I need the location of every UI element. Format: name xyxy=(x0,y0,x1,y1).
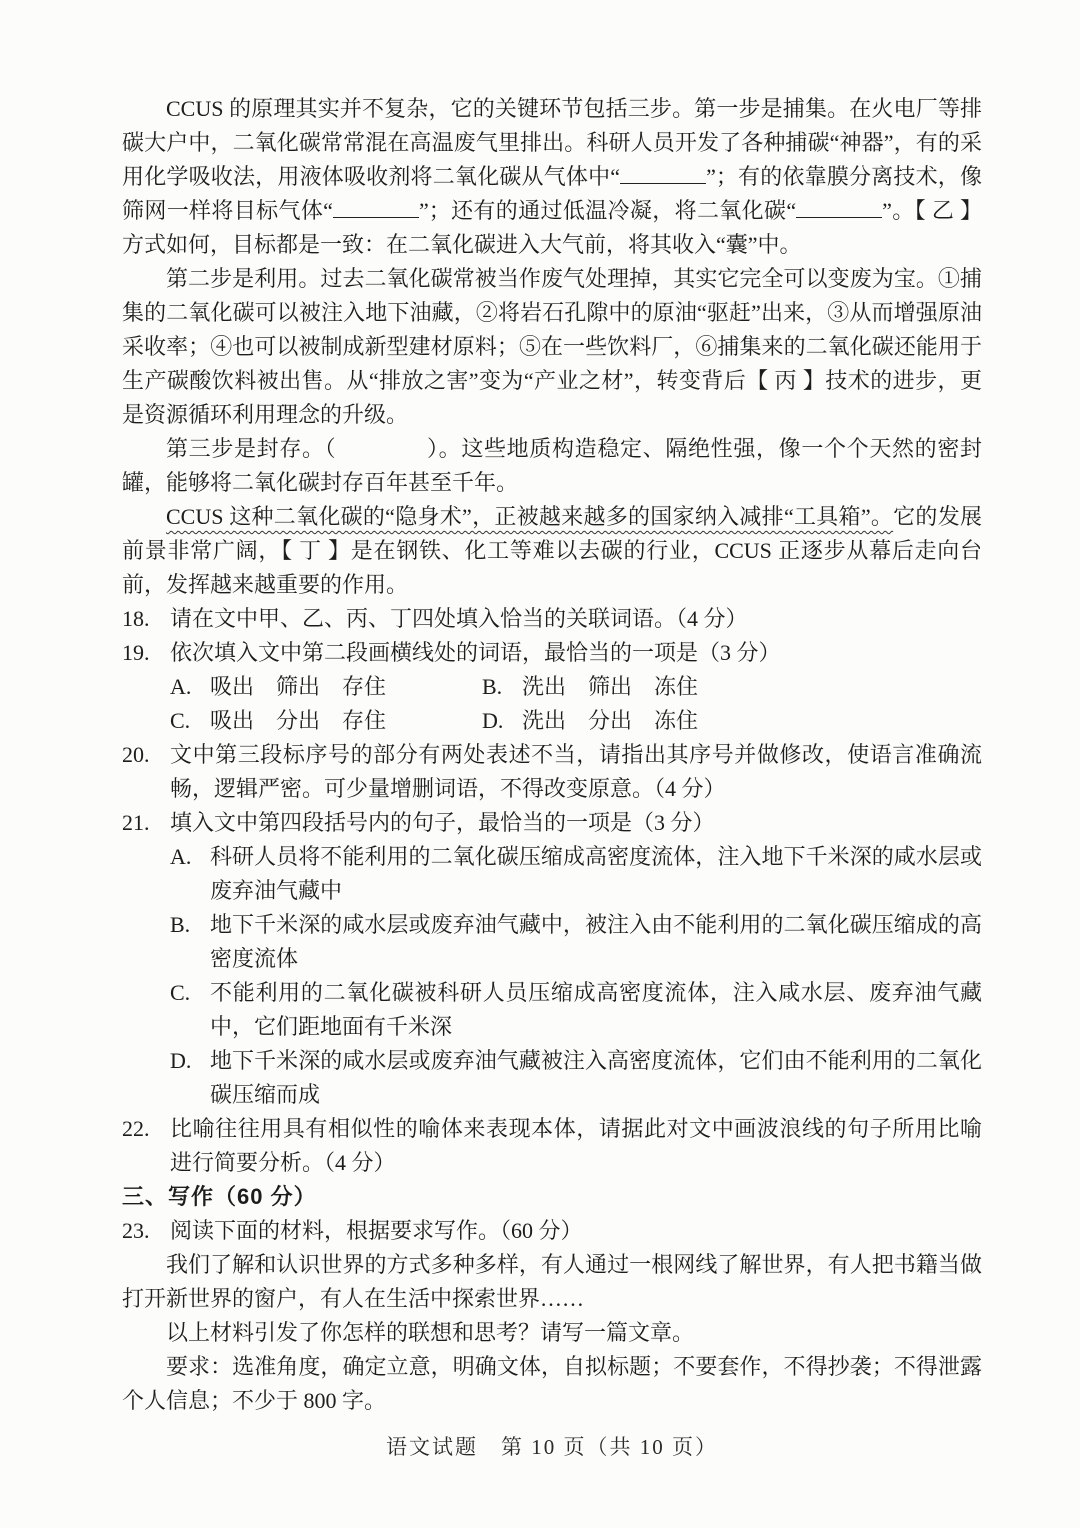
option-c: C.不能利用的二氧化碳被科研人员压缩成高密度流体，注入咸水层、废弃油气藏中，它们… xyxy=(170,976,982,1044)
question-19-number: 19. xyxy=(122,636,170,670)
fill-blank-underline-2 xyxy=(333,198,419,218)
option-c-label: C. xyxy=(170,704,210,738)
page-content: CCUS 的原理其实并不复杂，它的关键环节包括三步。第一步是捕集。在火电厂等排碳… xyxy=(0,0,1080,1464)
question-21-text: 填入文中第四段括号内的句子，最恰当的一项是（3 分） xyxy=(170,806,982,840)
passage-paragraph-storage: 第三步是封存。（ ）。这些地质构造稳定、隔绝性强，像一个个天然的密封罐，能够将二… xyxy=(122,432,982,500)
question-21: 21. 填入文中第四段括号内的句子，最恰当的一项是（3 分） A.科研人员将不能… xyxy=(122,806,982,1112)
option-d-label: D. xyxy=(170,1044,210,1078)
option-a: A.科研人员将不能利用的二氧化碳压缩成高密度流体，注入地下千米深的咸水层或废弃油… xyxy=(170,840,982,908)
option-d-text: 地下千米深的咸水层或废弃油气藏被注入高密度流体，它们由不能利用的二氧化碳压缩而成 xyxy=(210,1044,982,1112)
option-c-text: 吸出 分出 存住 xyxy=(210,704,482,738)
question-23-stem: 阅读下面的材料，根据要求写作。（60 分） xyxy=(170,1214,982,1248)
passage-paragraph-outlook: CCUS 这种二氧化碳的“隐身术”，正被越来越多的国家纳入减排“工具箱”。它的发… xyxy=(122,500,982,602)
question-18-text: 请在文中甲、乙、丙、丁四处填入恰当的关联词语。（4 分） xyxy=(170,602,982,636)
option-b: B.洗出 筛出 冻住 xyxy=(482,670,982,704)
question-20-text: 文中第三段标序号的部分有两处表述不当，请指出其序号并做修改，使语言准确流畅，逻辑… xyxy=(170,738,982,806)
option-a: A.吸出 筛出 存住 xyxy=(170,670,482,704)
page-footer: 语文试题 第 10 页（共 10 页） xyxy=(122,1430,982,1464)
option-a-label: A. xyxy=(170,670,210,704)
option-a-label: A. xyxy=(170,840,210,874)
question-22-text: 比喻往往用具有相似性的喻体来表现本体，请据此对文中画波浪线的句子所用比喻进行简要… xyxy=(170,1112,982,1180)
option-d: D.地下千米深的咸水层或废弃油气藏被注入高密度流体，它们由不能利用的二氧化碳压缩… xyxy=(170,1044,982,1112)
question-18: 18. 请在文中甲、乙、丙、丁四处填入恰当的关联词语。（4 分） xyxy=(122,602,982,636)
option-b-text: 地下千米深的咸水层或废弃油气藏中，被注入由不能利用的二氧化碳压缩成的高密度流体 xyxy=(210,908,982,976)
question-19: 19. 依次填入文中第二段画横线处的词语，最恰当的一项是（3 分） A.吸出 筛… xyxy=(122,636,982,738)
option-b: B.地下千米深的咸水层或废弃油气藏中，被注入由不能利用的二氧化碳压缩成的高密度流… xyxy=(170,908,982,976)
option-a-text: 吸出 筛出 存住 xyxy=(210,670,482,704)
section-3-writing-header: 三、写作（60 分） xyxy=(122,1180,982,1214)
option-d: D.洗出 分出 冻住 xyxy=(482,704,982,738)
passage-text: ”；还有的通过低温冷凝，将二氧化碳“ xyxy=(419,198,796,223)
fill-blank-underline-1 xyxy=(620,164,706,184)
question-21-options: A.科研人员将不能利用的二氧化碳压缩成高密度流体，注入地下千米深的咸水层或废弃油… xyxy=(170,840,982,1112)
option-d-label: D. xyxy=(482,704,522,738)
option-b-text: 洗出 筛出 冻住 xyxy=(522,670,982,704)
exam-page: CCUS 的原理其实并不复杂，它的关键环节包括三步。第一步是捕集。在火电厂等排碳… xyxy=(0,0,1080,1528)
option-c: C.吸出 分出 存住 xyxy=(170,704,482,738)
question-22-number: 22. xyxy=(122,1112,170,1146)
question-21-number: 21. xyxy=(122,806,170,840)
question-18-number: 18. xyxy=(122,602,170,636)
question-23-number: 23. xyxy=(122,1214,170,1248)
option-c-label: C. xyxy=(170,976,210,1010)
option-a-text: 科研人员将不能利用的二氧化碳压缩成高密度流体，注入地下千米深的咸水层或废弃油气藏… xyxy=(210,840,982,908)
option-b-label: B. xyxy=(170,908,210,942)
passage-paragraph-capture: CCUS 的原理其实并不复杂，它的关键环节包括三步。第一步是捕集。在火电厂等排碳… xyxy=(122,92,982,262)
fill-blank-underline-3 xyxy=(796,198,882,218)
question-22: 22. 比喻往往用具有相似性的喻体来表现本体，请据此对文中画波浪线的句子所用比喻… xyxy=(122,1112,982,1180)
question-20: 20. 文中第三段标序号的部分有两处表述不当，请指出其序号并做修改，使语言准确流… xyxy=(122,738,982,806)
question-19-text: 依次填入文中第二段画横线处的词语，最恰当的一项是（3 分） xyxy=(170,636,982,670)
option-c-text: 不能利用的二氧化碳被科研人员压缩成高密度流体，注入咸水层、废弃油气藏中，它们距地… xyxy=(210,976,982,1044)
question-23: 23. 阅读下面的材料，根据要求写作。（60 分） xyxy=(122,1214,982,1248)
option-b-label: B. xyxy=(482,670,522,704)
question-19-options: A.吸出 筛出 存住 B.洗出 筛出 冻住 C.吸出 分出 存住 D.洗出 分出… xyxy=(170,670,982,738)
question-20-number: 20. xyxy=(122,738,170,772)
question-23-material: 我们了解和认识世界的方式多种多样，有人通过一根网线了解世界，有人把书籍当做打开新… xyxy=(122,1248,982,1316)
question-23-prompt: 以上材料引发了你怎样的联想和思考？请写一篇文章。 xyxy=(122,1316,982,1350)
passage-paragraph-utilization: 第二步是利用。过去二氧化碳常被当作废气处理掉，其实它完全可以变废为宝。①捕集的二… xyxy=(122,262,982,432)
question-23-requirements: 要求：选准角度，确定立意，明确文体，自拟标题；不要套作，不得抄袭；不得泄露个人信… xyxy=(122,1350,982,1418)
option-d-text: 洗出 分出 冻住 xyxy=(522,704,982,738)
wavy-underlined-sentence: CCUS 这种二氧化碳的“隐身术”，正被越来越多的国家纳入减排“工具箱”。 xyxy=(166,504,893,529)
